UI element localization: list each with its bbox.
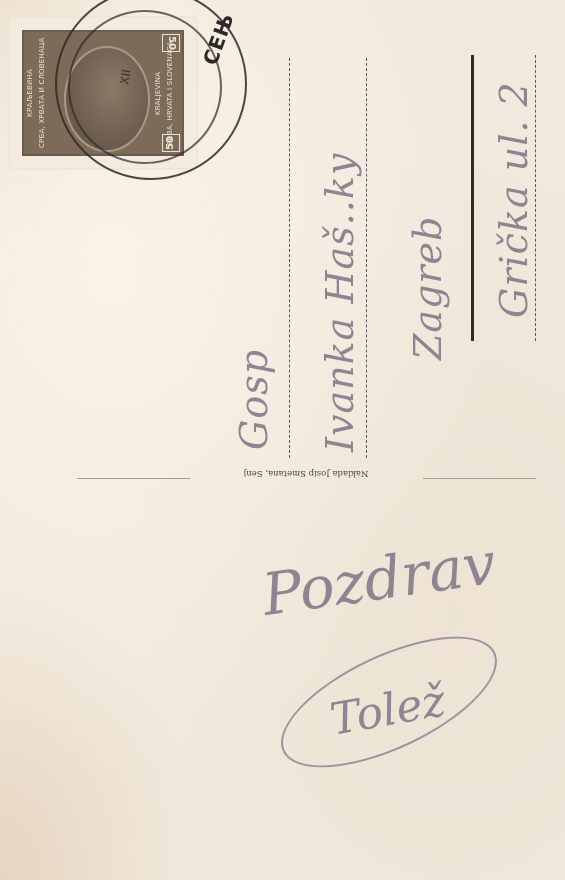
address-recipient-title: Gosp (232, 349, 276, 450)
postcard-back: КРАЉЕВИНА СРБА, ХРВАТА И СЛОВЕНАЦА KRALJ… (0, 0, 565, 880)
address-line-2 (366, 58, 367, 458)
postmark-date: XII (117, 68, 133, 86)
divider-right (423, 478, 536, 479)
address-line-1 (289, 58, 290, 458)
publisher-imprint: Naklada Josip Smetana, Senj (218, 468, 394, 478)
stamp-text-cyrillic-2: СРБА, ХРВАТА И СЛОВЕНАЦА (38, 36, 52, 150)
address-city: Zagreb (406, 216, 450, 360)
postmark-inner-ring (68, 10, 222, 164)
divider-left (77, 478, 190, 479)
message-greeting: Pozdrav (258, 529, 500, 629)
address-line-city (471, 55, 474, 341)
address-street: Grička ul. 2 (492, 81, 536, 318)
address-recipient-name: Ivanka Haš..ky (318, 153, 362, 452)
